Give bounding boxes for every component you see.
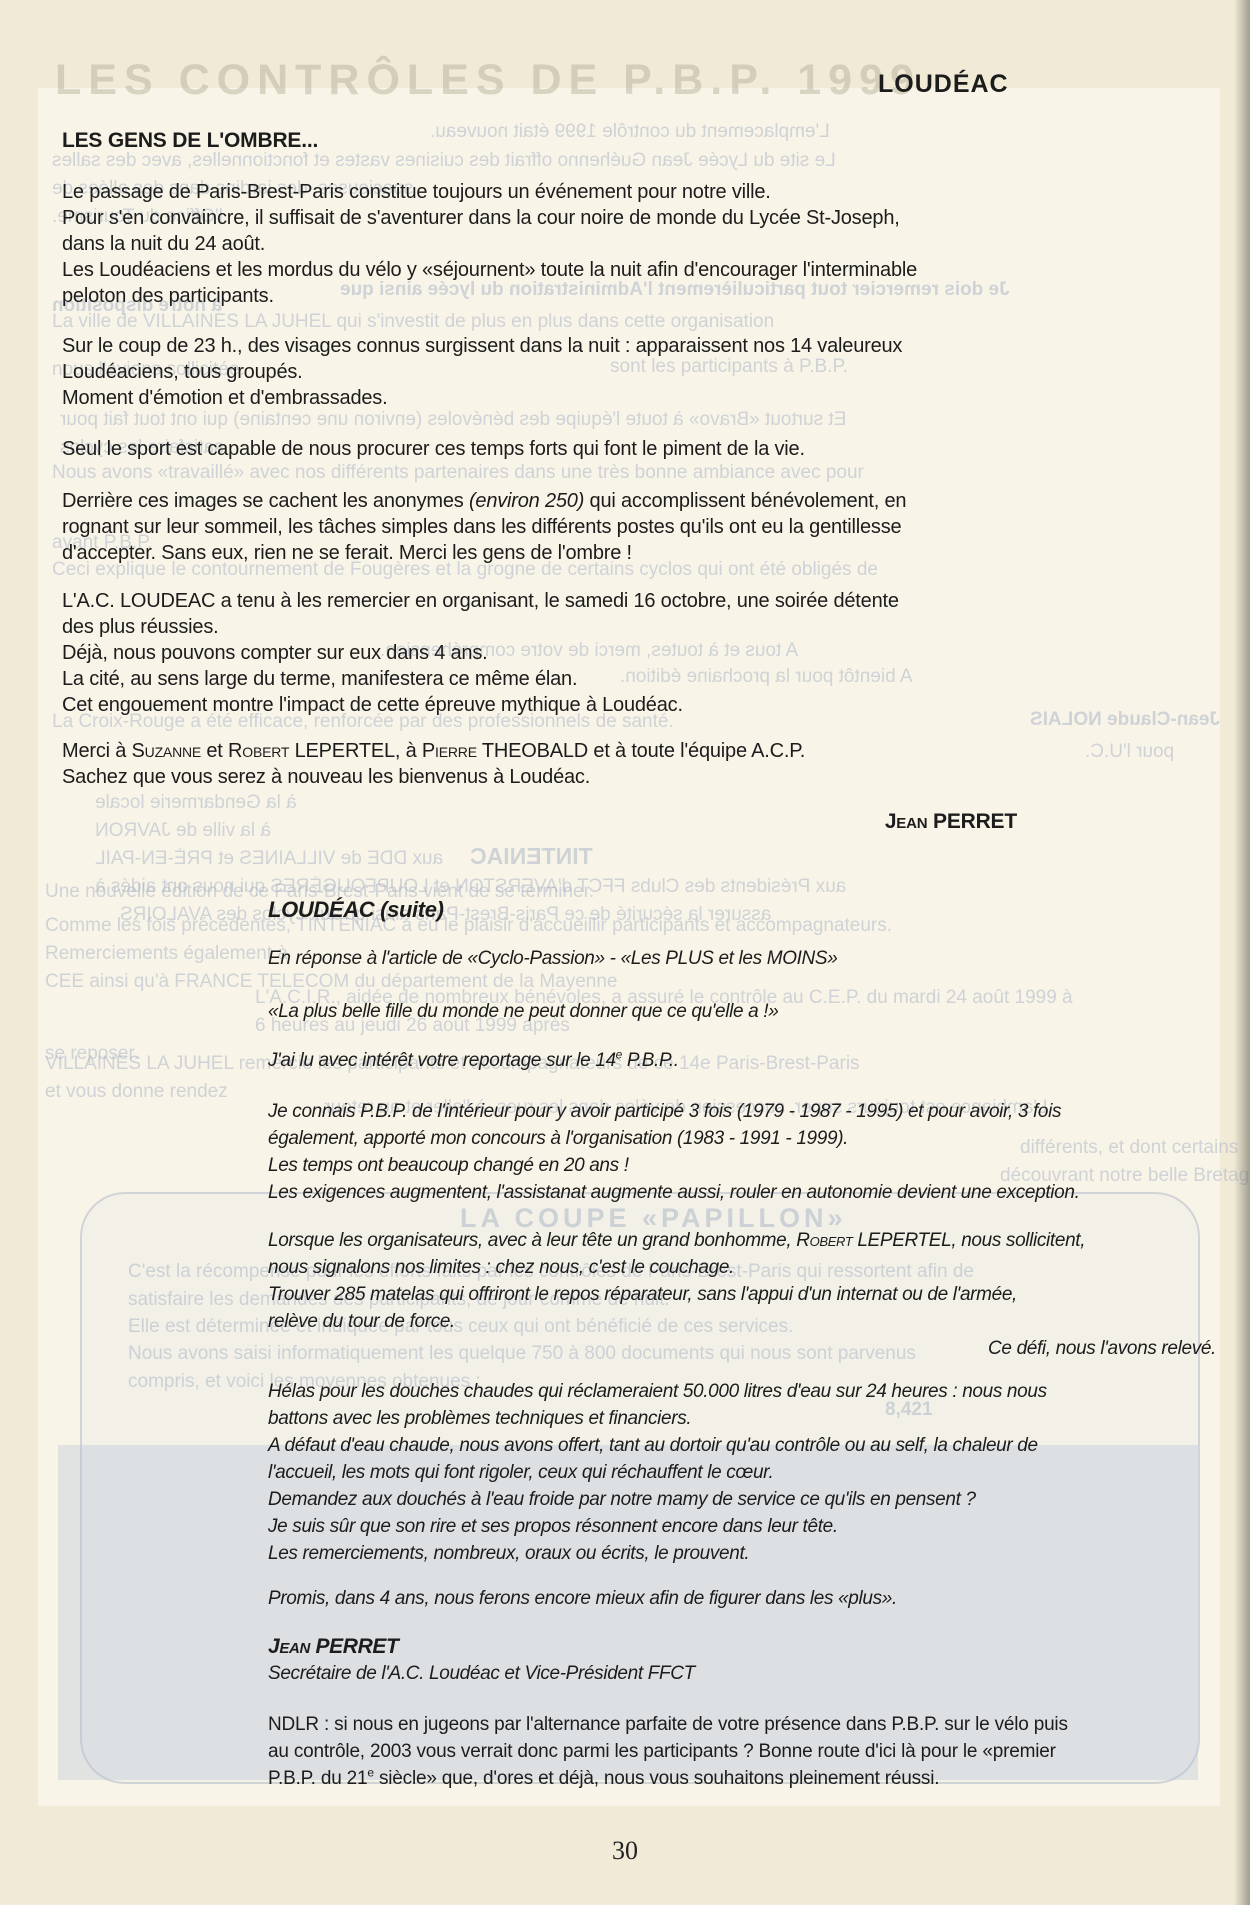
text-run: Derrière ces images se cachent les anony…	[62, 490, 469, 512]
signature-first-name: Jean	[885, 810, 928, 833]
person-name: Robert	[228, 740, 289, 762]
ghost-text: et vous donne rendez	[45, 1082, 228, 1101]
paragraph: J'ai lu avec intérêt votre reportage sur…	[268, 1047, 1216, 1074]
page-edge-shadow	[1234, 0, 1250, 1905]
paragraph: En réponse à l'article de «Cyclo-Passion…	[268, 945, 1216, 972]
ghost-title: LES CONTRÔLES DE P.B.P. 1999	[55, 56, 921, 105]
paragraph: Le passage de Paris-Brest-Paris constitu…	[62, 179, 1017, 309]
person-name: Suzanne	[132, 740, 202, 762]
text-run: P.B.P..	[622, 1050, 679, 1071]
text-run: et	[201, 740, 228, 762]
text-run: J'ai lu avec intérêt votre reportage sur…	[268, 1050, 616, 1071]
ghost-text: Jean-Claude NOLAIS	[1030, 710, 1220, 729]
text-run: siècle» que, d'ores et déjà, nous vous s…	[374, 1768, 939, 1789]
ghost-text: TINTENIAC	[470, 845, 593, 868]
text-run: Merci à	[62, 740, 132, 762]
page-number: 30	[0, 1836, 1250, 1866]
article2-signature: Jean PERRET	[268, 1633, 1216, 1660]
signature-last-name: PERRET	[927, 810, 1017, 833]
article1-heading: LES GENS DE L'OMBRE...	[62, 128, 1017, 154]
paragraph: Je connais P.B.P. de l'intérieur pour y …	[268, 1098, 1216, 1206]
paragraph-right-aligned: Ce défi, nous l'avons relevé.	[268, 1335, 1216, 1362]
paragraph: «La plus belle fille du monde ne peut do…	[268, 998, 1216, 1025]
text-run: Lorsque les organisateurs, avec à leur t…	[268, 1230, 796, 1251]
ndlr-note: NDLR : si nous en jugeons par l'alternan…	[268, 1711, 1216, 1792]
region-label: LOUDÉAC	[878, 70, 1009, 99]
ghost-text: aux DDE de VILLAINES et PRÉ-EN-PAIL	[95, 849, 443, 868]
signature-role: Secrétaire de l'A.C. Loudéac et Vice-Pré…	[268, 1660, 1216, 1687]
article2-heading: LOUDÉAC (suite)	[268, 896, 1216, 923]
paragraph: Seul le sport est capable de nous procur…	[62, 436, 1017, 462]
signature-first-name: Jean	[268, 1635, 310, 1658]
article-loudeac-suite: LOUDÉAC (suite) En réponse à l'article d…	[268, 896, 1216, 1792]
ghost-text: Remerciements également à	[45, 944, 288, 963]
scanned-newsletter-page: L'emplacement du contrôle 1999 était nou…	[0, 0, 1250, 1905]
person-name: Robert	[796, 1230, 852, 1251]
paragraph-thanks: Merci à Suzanne et Robert LEPERTEL, à Pi…	[62, 738, 1017, 790]
paragraph: Hélas pour les douches chaudes qui récla…	[268, 1378, 1216, 1567]
paragraph: Sur le coup de 23 h., des visages connus…	[62, 333, 1017, 411]
article-les-gens-de-lombre: LES GENS DE L'OMBRE... Le passage de Par…	[62, 128, 1017, 835]
text-run: LEPERTEL, à	[289, 740, 422, 762]
ghost-text: pour l'U.C.	[1085, 742, 1174, 761]
signature-last-name: PERRET	[310, 1635, 399, 1658]
article1-signature: Jean PERRET	[62, 809, 1017, 835]
paragraph: Promis, dans 4 ans, nous ferons encore m…	[268, 1585, 1216, 1612]
person-name: Pierre	[422, 740, 477, 762]
paragraph: Derrière ces images se cachent les anony…	[62, 488, 1017, 566]
paragraph: Lorsque les organisateurs, avec à leur t…	[268, 1227, 1216, 1335]
paragraph: L'A.C. LOUDEAC a tenu à les remercier en…	[62, 588, 1017, 718]
text-run-italic: (environ 250)	[469, 490, 584, 512]
